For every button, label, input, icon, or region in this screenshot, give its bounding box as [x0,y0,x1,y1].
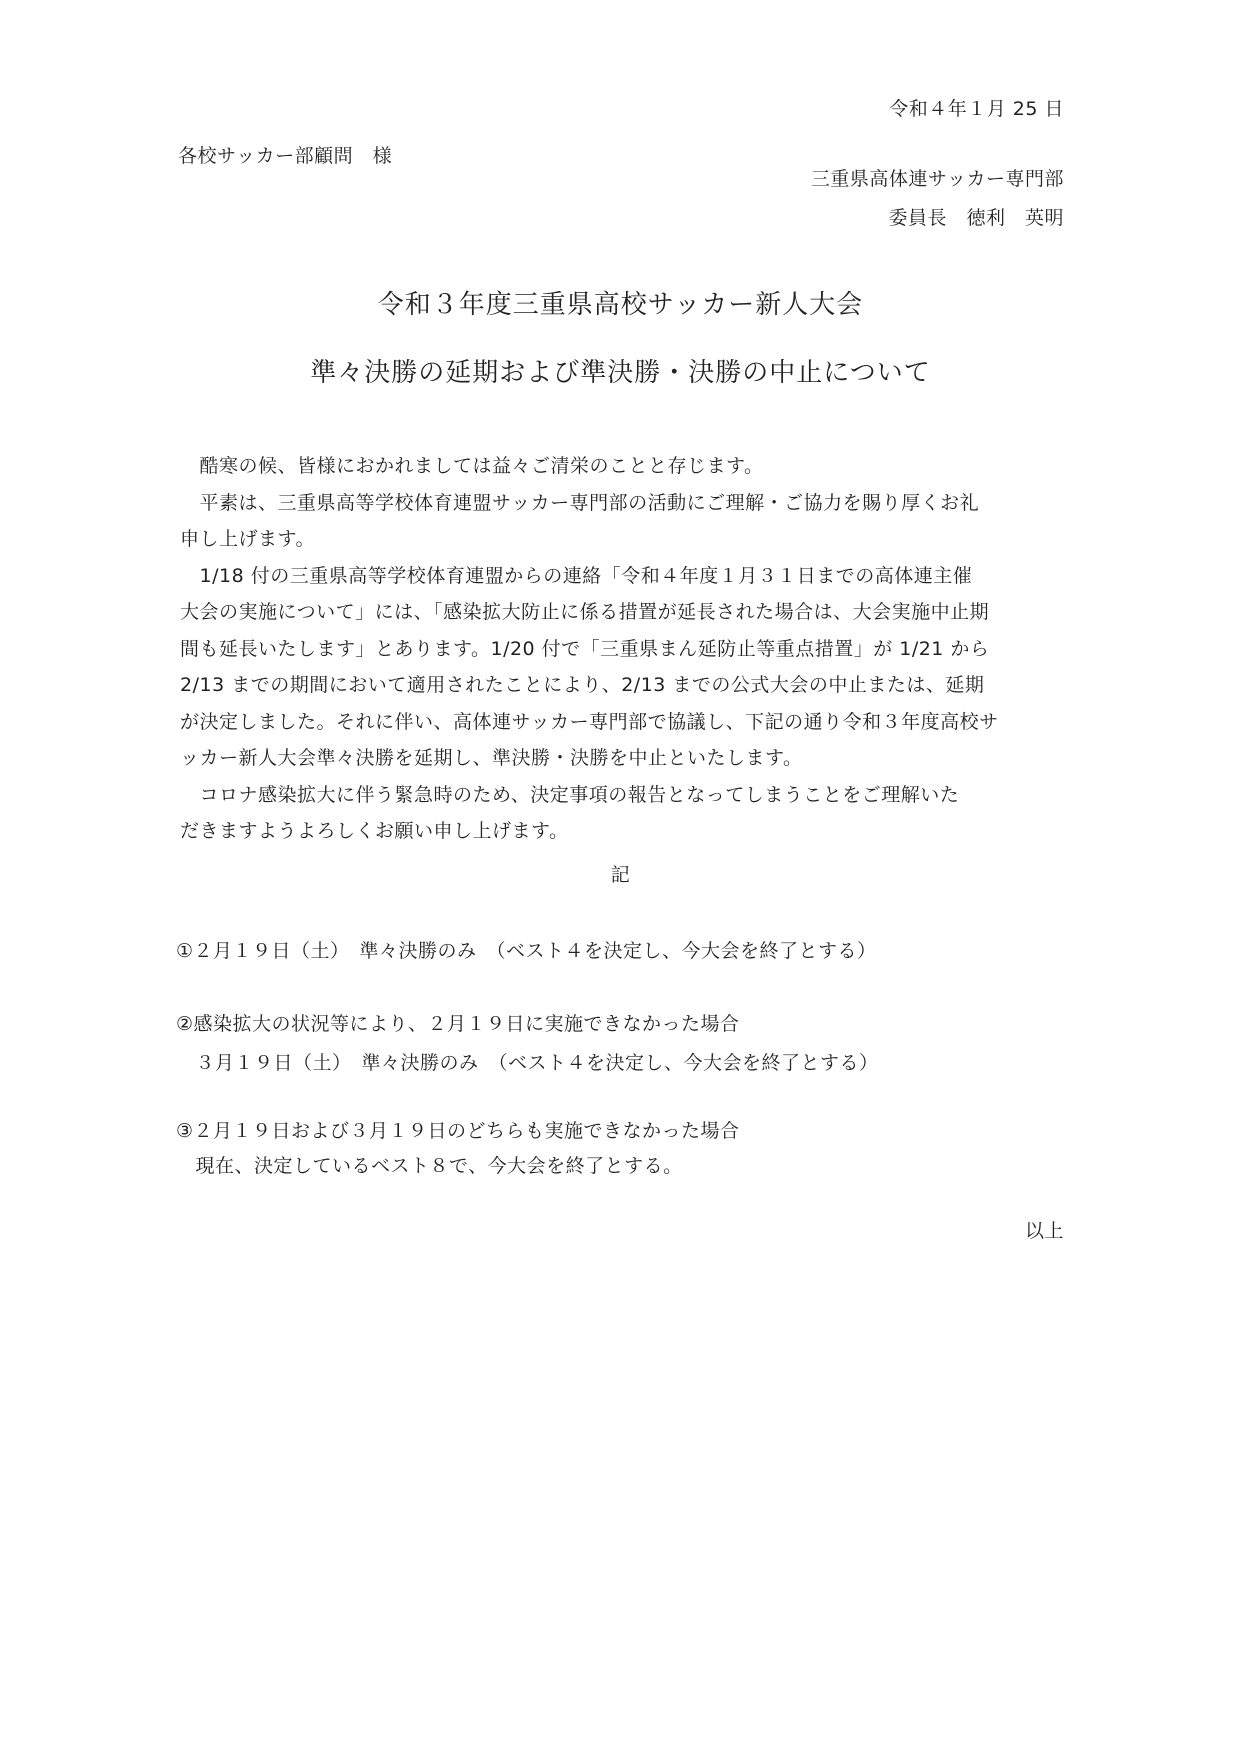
body-line: 1/18 付の三重県高等学校体育連盟からの連絡「令和４年度１月３１日までの高体連… [180,558,1075,595]
notice-item-2-detail: ３月１９日（土） 準々決勝のみ （ベスト４を決定し、今大会を終了とする） [176,1050,879,1076]
body-line: 申し上げます。 [180,521,1075,558]
notice-heading: 記 [0,862,1241,888]
notice-item-2: ②感染拡大の状況等により、２月１９日に実施できなかった場合 [176,1011,740,1037]
document-title-line2: 準々決勝の延期および準決勝・決勝の中止について [0,356,1241,390]
body-line: だきますようよろしくお願い申し上げます。 [180,813,1075,850]
body-line: コロナ感染拡大に伴う緊急時のため、決定事項の報告となってしまうことをご理解いた [180,777,1075,814]
body-line: 間も延長いたします」とあります。1/20 付で「三重県まん延防止等重点措置」が … [180,631,1075,668]
closing-mark: 以上 [1025,1218,1064,1244]
sender-name: 委員長 徳利 英明 [888,205,1064,231]
notice-item-3-detail: 現在、決定しているベスト８で、今大会を終了とする。 [176,1153,683,1179]
body-line: 2/13 までの期間において適用されたことにより、2/13 までの公式大会の中止… [180,667,1075,704]
body-text: 酷寒の候、皆様におかれましては益々ご清栄のことと存じます。 平素は、三重県高等学… [180,448,1075,850]
body-line: ッカー新人大会準々決勝を延期し、準決勝・決勝を中止といたします。 [180,740,1075,777]
document-date: 令和４年１月 25 日 [889,96,1064,122]
addressee: 各校サッカー部顧問 様 [178,143,392,169]
body-line: 酷寒の候、皆様におかれましては益々ご清栄のことと存じます。 [180,448,1075,485]
body-line: が決定しました。それに伴い、高体連サッカー専門部で協議し、下記の通り令和３年度高… [180,704,1075,741]
notice-item-1: ①２月１９日（土） 準々決勝のみ （ベスト４を決定し、今大会を終了とする） [176,938,877,964]
document-title-line1: 令和３年度三重県高校サッカー新人大会 [0,288,1241,322]
sender-organization: 三重県高体連サッカー専門部 [811,166,1064,192]
body-line: 平素は、三重県高等学校体育連盟サッカー専門部の活動にご理解・ご協力を賜り厚くお礼 [180,485,1075,522]
notice-item-3: ③２月１９日および３月１９日のどちらも実施できなかった場合 [176,1118,740,1144]
body-line: 大会の実施について」には、「感染拡大防止に係る措置が延長された場合は、大会実施中… [180,594,1075,631]
